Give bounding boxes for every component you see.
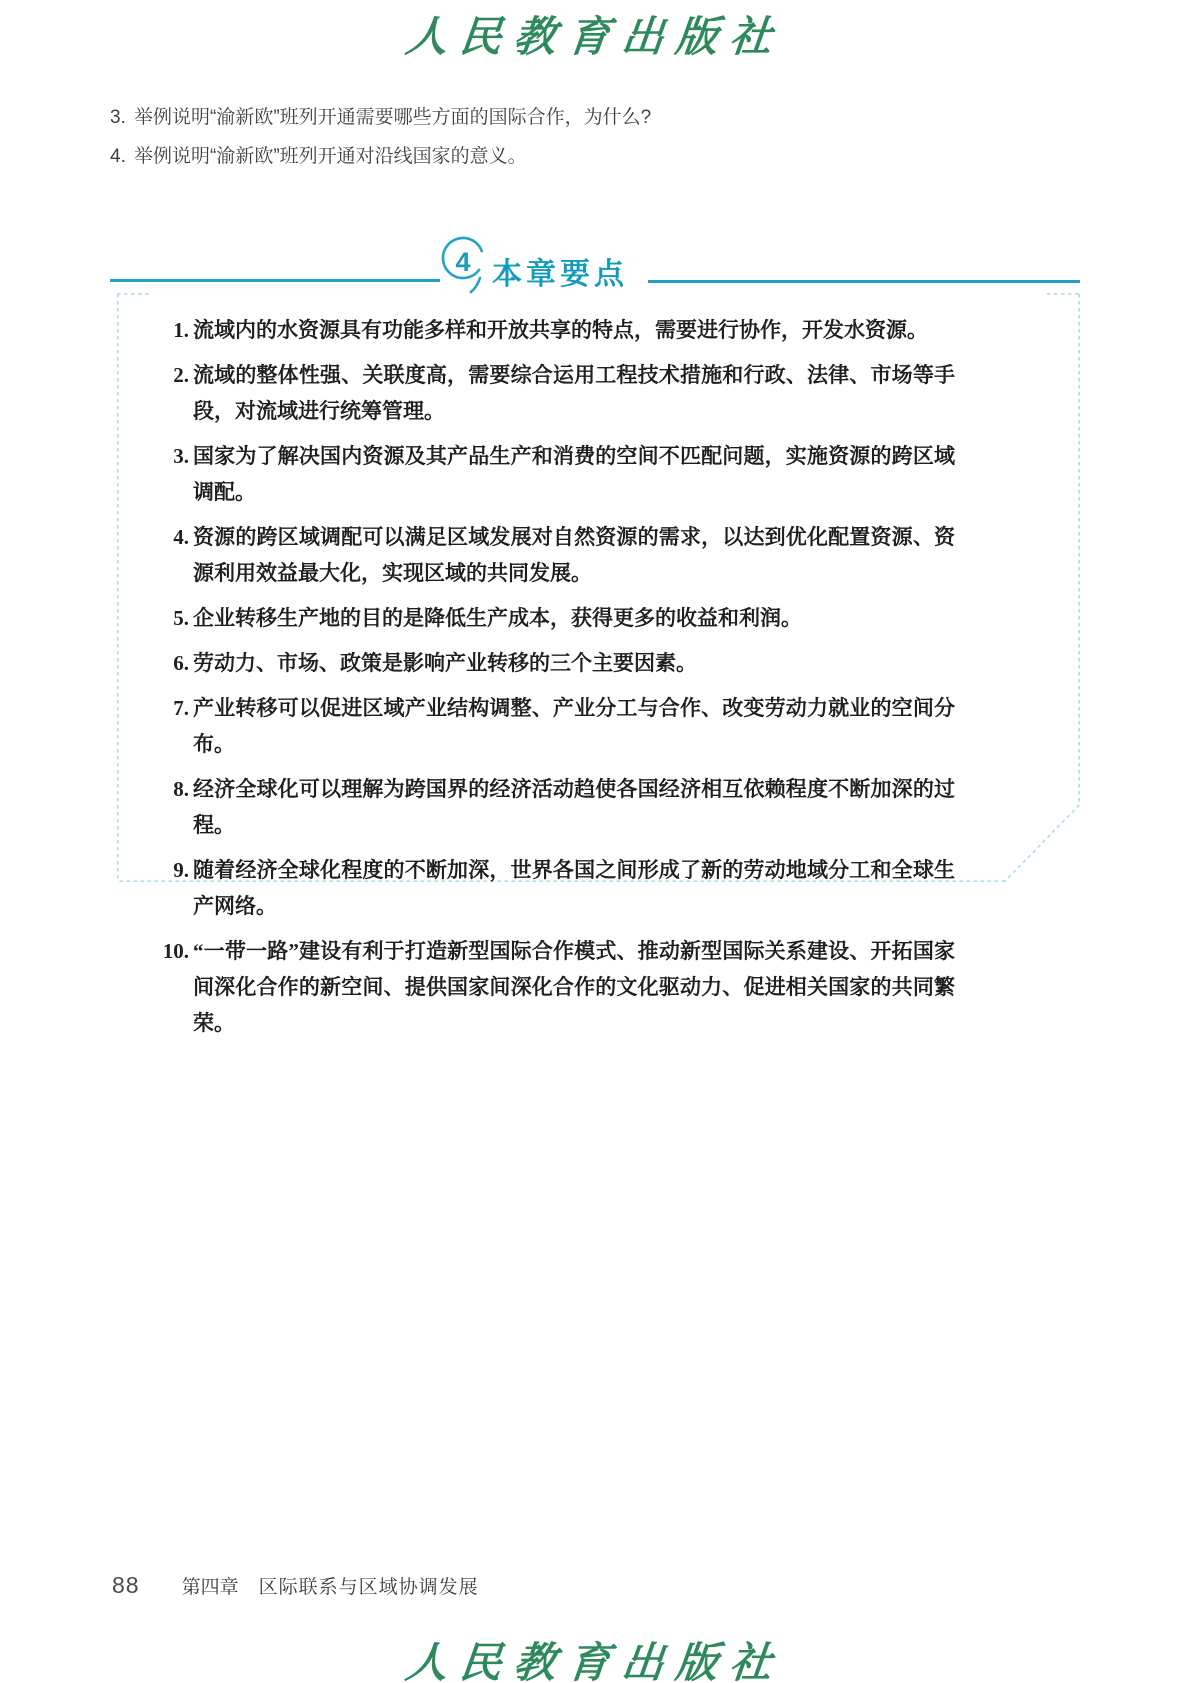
item-text: 随着经济全球化程度的不断加深，世界各国之间形成了新的劳动地域分工和全球生产网络。 bbox=[193, 852, 955, 924]
questions-block: 3. 举例说明“渝新欧”班列开通需要哪些方面的国际合作，为什么? 4. 举例说明… bbox=[110, 104, 651, 182]
item-text: 经济全球化可以理解为跨国界的经济活动趋使各国经济相互依赖程度不断加深的过程。 bbox=[193, 771, 955, 843]
item-number: 10. bbox=[155, 933, 189, 1041]
section-number: 4 bbox=[440, 240, 486, 284]
item-text: 产业转移可以促进区域产业结构调整、产业分工与合作、改变劳动力就业的空间分布。 bbox=[193, 690, 955, 762]
question-text: 举例说明“渝新欧”班列开通对沿线国家的意义。 bbox=[134, 143, 527, 171]
textbook-page: 人民教育出版社 3. 举例说明“渝新欧”班列开通需要哪些方面的国际合作，为什么?… bbox=[0, 0, 1190, 1683]
list-item: 10. “一带一路”建设有利于打造新型国际合作模式、推动新型国际关系建设、开拓国… bbox=[155, 933, 967, 1041]
item-text: 流域内的水资源具有功能多样和开放共享的特点，需要进行协作，开发水资源。 bbox=[193, 312, 955, 348]
item-number: 1. bbox=[155, 312, 189, 348]
question-item: 3. 举例说明“渝新欧”班列开通需要哪些方面的国际合作，为什么? bbox=[110, 104, 651, 132]
list-item: 3. 国家为了解决国内资源及其产品生产和消费的空间不匹配问题，实施资源的跨区域调… bbox=[155, 438, 967, 510]
list-item: 6. 劳动力、市场、政策是影响产业转移的三个主要因素。 bbox=[155, 645, 967, 681]
header-rule-left bbox=[110, 279, 440, 282]
list-item: 4. 资源的跨区域调配可以满足区域发展对自然资源的需求，以达到优化配置资源、资源… bbox=[155, 519, 967, 591]
keypoints-list: 1. 流域内的水资源具有功能多样和开放共享的特点，需要进行协作，开发水资源。 2… bbox=[155, 312, 967, 1050]
question-text: 举例说明“渝新欧”班列开通需要哪些方面的国际合作，为什么? bbox=[134, 104, 651, 132]
list-item: 2. 流域的整体性强、关联度高，需要综合运用工程技术措施和行政、法律、市场等手段… bbox=[155, 357, 967, 429]
list-item: 8. 经济全球化可以理解为跨国界的经济活动趋使各国经济相互依赖程度不断加深的过程… bbox=[155, 771, 967, 843]
question-item: 4. 举例说明“渝新欧”班列开通对沿线国家的意义。 bbox=[110, 143, 651, 171]
chapter-title: 区际联系与区域协调发展 bbox=[259, 1572, 479, 1599]
item-text: 资源的跨区域调配可以满足区域发展对自然资源的需求，以达到优化配置资源、资源利用效… bbox=[193, 519, 955, 591]
item-number: 6. bbox=[155, 645, 189, 681]
item-text: “一带一路”建设有利于打造新型国际合作模式、推动新型国际关系建设、开拓国家间深化… bbox=[193, 933, 955, 1041]
item-number: 5. bbox=[155, 600, 189, 636]
chapter-number: 第四章 bbox=[182, 1572, 239, 1599]
section-title: 本章要点 bbox=[492, 249, 628, 293]
page-number: 88 bbox=[112, 1572, 140, 1599]
item-number: 8. bbox=[155, 771, 189, 843]
question-number: 3. bbox=[110, 104, 134, 132]
page-footer: 88 第四章 区际联系与区域协调发展 bbox=[112, 1572, 479, 1599]
item-number: 4. bbox=[155, 519, 189, 591]
item-text: 企业转移生产地的目的是降低生产成本，获得更多的收益和利润。 bbox=[193, 600, 955, 636]
item-number: 7. bbox=[155, 690, 189, 762]
list-item: 5. 企业转移生产地的目的是降低生产成本，获得更多的收益和利润。 bbox=[155, 600, 967, 636]
item-number: 3. bbox=[155, 438, 189, 510]
publisher-logo-top: 人民教育出版社 bbox=[403, 4, 787, 64]
item-number: 2. bbox=[155, 357, 189, 429]
header-rule-right bbox=[648, 280, 1080, 283]
item-number: 9. bbox=[155, 852, 189, 924]
item-text: 国家为了解决国内资源及其产品生产和消费的空间不匹配问题，实施资源的跨区域调配。 bbox=[193, 438, 955, 510]
list-item: 1. 流域内的水资源具有功能多样和开放共享的特点，需要进行协作，开发水资源。 bbox=[155, 312, 967, 348]
list-item: 9. 随着经济全球化程度的不断加深，世界各国之间形成了新的劳动地域分工和全球生产… bbox=[155, 852, 967, 924]
item-text: 流域的整体性强、关联度高，需要综合运用工程技术措施和行政、法律、市场等手段，对流… bbox=[193, 357, 955, 429]
publisher-logo-bottom: 人民教育出版社 bbox=[403, 1630, 787, 1683]
item-text: 劳动力、市场、政策是影响产业转移的三个主要因素。 bbox=[193, 645, 955, 681]
list-item: 7. 产业转移可以促进区域产业结构调整、产业分工与合作、改变劳动力就业的空间分布… bbox=[155, 690, 967, 762]
question-number: 4. bbox=[110, 143, 134, 171]
